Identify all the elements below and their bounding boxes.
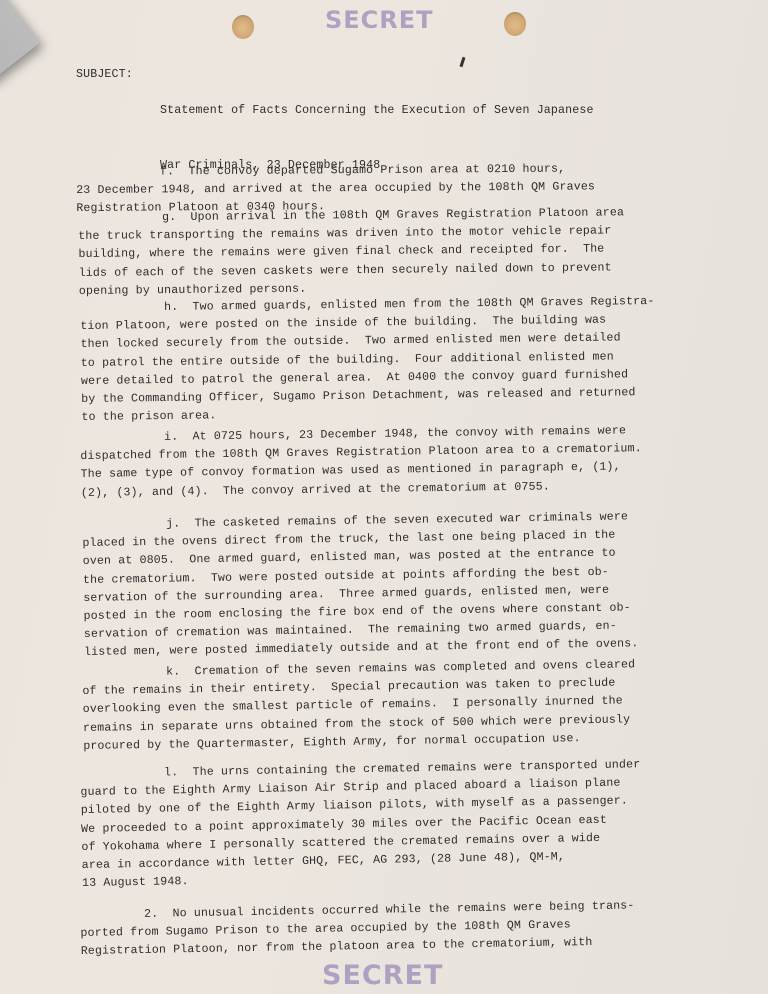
punch-hole-right: [504, 12, 526, 36]
paragraph-k: k. Cremation of the seven remains was co…: [82, 656, 636, 756]
classification-stamp-bottom: SECRET: [322, 960, 443, 991]
paragraph-h: h. Two armed guards, enlisted men from t…: [80, 293, 656, 427]
paragraph-g: g. Upon arrival in the 108th QM Graves R…: [78, 204, 625, 301]
underlying-page-corner: [0, 0, 40, 159]
paragraph-2: 2. No unusual incidents occurred while t…: [80, 897, 635, 961]
classification-stamp-top: SECRET: [325, 6, 434, 34]
subject-block: SUBJECT: Statement of Facts Concerning t…: [76, 66, 104, 139]
paragraph-i: i. At 0725 hours, 23 December 1948, the …: [80, 422, 642, 503]
paragraph-j: j. The casketed remains of the seven exe…: [82, 508, 639, 662]
punch-hole-left: [232, 15, 254, 39]
paragraph-l: l. The urns containing the cremated rema…: [80, 756, 642, 893]
subject-label: SUBJECT:: [76, 66, 133, 84]
document-page: SECRET SUBJECT: Statement of Facts Conce…: [0, 0, 768, 994]
subject-line: Statement of Facts Concerning the Execut…: [160, 102, 594, 120]
